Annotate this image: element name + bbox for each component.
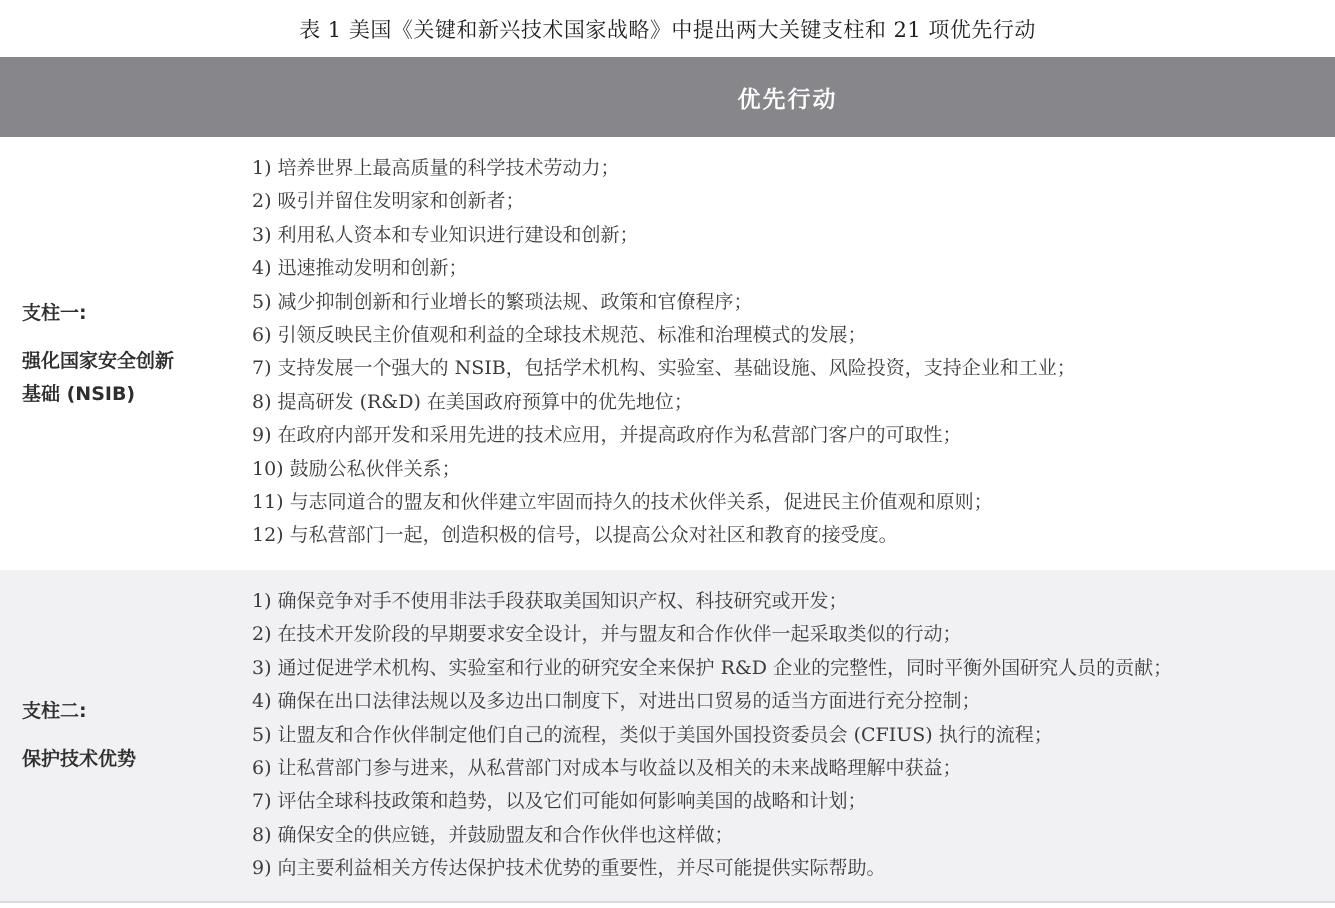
table-row-pillar-1: 支柱一: 强化国家安全创新 基础 (NSIB) 1) 培养世界上最高质量的科学技… [0,137,1335,570]
header-cell-priority-actions: 优先行动 [240,57,1335,137]
action-item: 6) 引领反映民主价值观和利益的全球技术规范、标准和治理模式的发展； [252,319,1315,352]
action-item: 11) 与志同道合的盟友和伙伴建立牢固而持久的技术伙伴关系，促进民主价值观和原则… [252,486,1315,519]
table-row-pillar-2: 支柱二: 保护技术优势 1) 确保竞争对手不使用非法手段获取美国知识产权、科技研… [0,570,1335,901]
table-header-row: 优先行动 [0,57,1335,137]
action-item: 10) 鼓励公私伙伴关系； [252,453,1315,486]
pillar-1-subtitle-line-2: 基础 (NSIB) [22,378,240,411]
action-item: 7) 评估全球科技政策和趋势，以及它们可能如何影响美国的战略和计划； [252,785,1315,818]
pillars-table: 优先行动 支柱一: 强化国家安全创新 基础 (NSIB) 1) 培养世界上最高质… [0,57,1335,903]
action-item: 5) 让盟友和合作伙伴制定他们自己的流程，类似于美国外国投资委员会 (CFIUS… [252,719,1315,752]
action-item: 8) 提高研发 (R&D) 在美国政府预算中的优先地位； [252,386,1315,419]
action-item: 4) 迅速推动发明和创新； [252,252,1315,285]
action-item: 1) 确保竞争对手不使用非法手段获取美国知识产权、科技研究或开发； [252,585,1315,618]
pillar-1-subtitle-line-1: 强化国家安全创新 [22,345,240,378]
action-item: 3) 通过促进学术机构、实验室和行业的研究安全来保护 R&D 企业的完整性，同时… [252,652,1315,685]
table-caption: 表 1 美国《关键和新兴技术国家战略》中提出两大关键支柱和 21 项优先行动 [299,14,1036,44]
action-item: 2) 在技术开发阶段的早期要求安全设计，并与盟友和合作伙伴一起采取类似的行动； [252,618,1315,651]
action-item: 8) 确保安全的供应链，并鼓励盟友和合作伙伴也这样做； [252,819,1315,852]
document-page: 表 1 美国《关键和新兴技术国家战略》中提出两大关键支柱和 21 项优先行动 优… [0,0,1335,908]
action-item: 6) 让私营部门参与进来，从私营部门对成本与收益以及相关的未来战略理解中获益； [252,752,1315,785]
pillar-1-title: 支柱一: [22,297,240,330]
pillar-2-subtitle-line-1: 保护技术优势 [22,743,240,776]
action-item: 9) 向主要利益相关方传达保护技术优势的重要性，并尽可能提供实际帮助。 [252,852,1315,885]
header-cell-pillar-empty [0,57,240,137]
action-item: 7) 支持发展一个强大的 NSIB，包括学术机构、实验室、基础设施、风险投资，支… [252,352,1315,385]
pillar-label-spacer [22,728,240,743]
action-item: 4) 确保在出口法律法规以及多边出口制度下，对进出口贸易的适当方面进行充分控制； [252,685,1315,718]
pillar-1-label-cell: 支柱一: 强化国家安全创新 基础 (NSIB) [0,137,240,570]
action-item: 5) 减少抑制创新和行业增长的繁琐法规、政策和官僚程序； [252,286,1315,319]
pillar-2-label-cell: 支柱二: 保护技术优势 [0,570,240,901]
pillar-2-actions-cell: 1) 确保竞争对手不使用非法手段获取美国知识产权、科技研究或开发； 2) 在技术… [240,570,1335,901]
action-item: 9) 在政府内部开发和采用先进的技术应用，并提高政府作为私营部门客户的可取性； [252,419,1315,452]
pillar-1-actions-cell: 1) 培养世界上最高质量的科学技术劳动力； 2) 吸引并留住发明家和创新者； 3… [240,137,1335,570]
action-item: 1) 培养世界上最高质量的科学技术劳动力； [252,152,1315,185]
pillar-label-spacer [22,330,240,345]
action-item: 3) 利用私人资本和专业知识进行建设和创新； [252,219,1315,252]
action-item: 12) 与私营部门一起，创造积极的信号，以提高公众对社区和教育的接受度。 [252,519,1315,552]
action-item: 2) 吸引并留住发明家和创新者； [252,185,1315,218]
pillar-2-title: 支柱二: [22,695,240,728]
table-caption-row: 表 1 美国《关键和新兴技术国家战略》中提出两大关键支柱和 21 项优先行动 [0,0,1335,57]
